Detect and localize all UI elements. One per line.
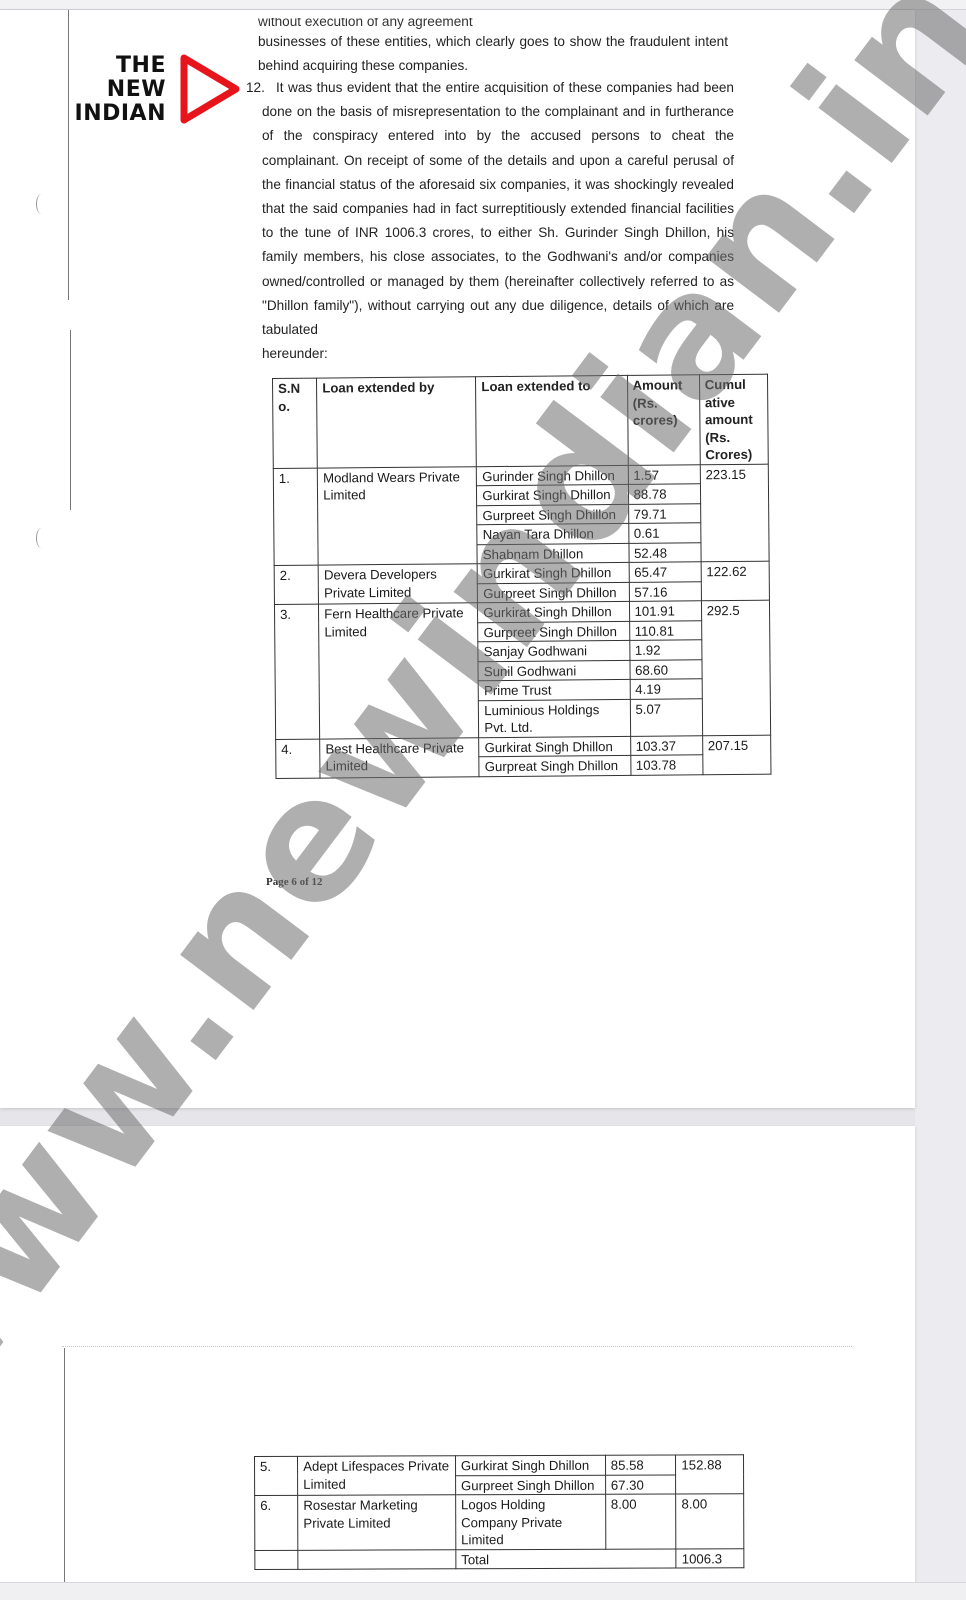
margin-line [70,330,71,510]
punch-hole-mark [36,194,47,214]
table-row: 6. Rosestar Marketing Private Limited Lo… [255,1494,744,1550]
the-new-indian-logo: THE NEW INDIAN [64,52,244,130]
loans-table-continued: 5. Adept Lifespaces Private Limited Gurk… [254,1454,744,1570]
page-number: Page 6 of 12 [266,876,323,888]
punch-hole-mark [36,528,47,548]
loans-table: S.N o. Loan extended by Loan extended to… [272,374,771,779]
viewer-scroll-gutter[interactable] [915,10,966,1600]
paragraph-11-tail: without execution of any agreement busin… [258,18,728,78]
margin-line [64,1348,65,1600]
paragraph-12: 12. It was thus evident that the entire … [262,76,734,366]
viewer-bottom-bar [0,1582,966,1600]
viewer-top-bar [0,0,966,10]
logo-wordmark: THE NEW INDIAN [75,54,166,126]
play-triangle-icon [178,52,242,126]
table-total-row: Total 1006.3 [255,1548,744,1569]
table-header-row: S.N o. Loan extended by Loan extended to… [273,374,769,468]
table-row: 5. Adept Lifespaces Private Limited Gurk… [255,1455,744,1476]
scan-edge-line [62,1346,852,1348]
document-page-6: THE NEW INDIAN without execution of any … [0,10,915,1108]
